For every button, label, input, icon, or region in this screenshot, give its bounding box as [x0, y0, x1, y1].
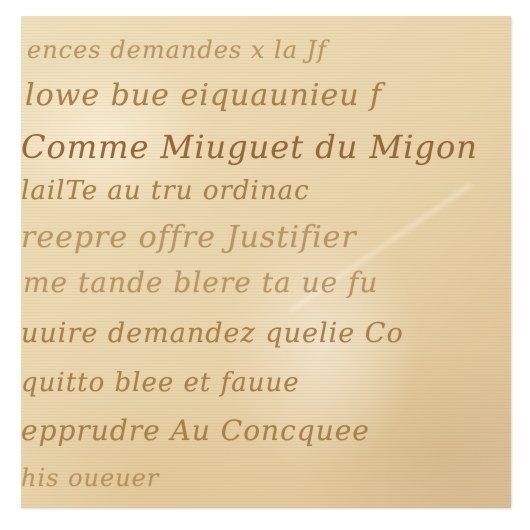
script-line-1: ences demandes x la Jf: [27, 36, 327, 64]
script-line-2: lowe bue eiquaunieu f: [25, 78, 382, 113]
script-line-8: quitto blee et fauue: [21, 368, 300, 398]
handwritten-manuscript-tile: ences demandes x la Jf lowe bue eiquauni…: [21, 16, 511, 508]
script-line-5: reepre offre Justifier: [21, 220, 357, 255]
script-line-3: Comme Miuguet du Migon: [21, 128, 478, 166]
script-line-6: me tande blere ta ue fu: [23, 266, 378, 299]
script-line-10: his oueuer: [21, 464, 159, 492]
script-line-9: epprudre Au Concquee: [21, 414, 370, 447]
script-line-4: lailTe au tru ordinac: [21, 176, 310, 206]
script-line-7: uuire demandez quelie Co: [21, 318, 404, 349]
